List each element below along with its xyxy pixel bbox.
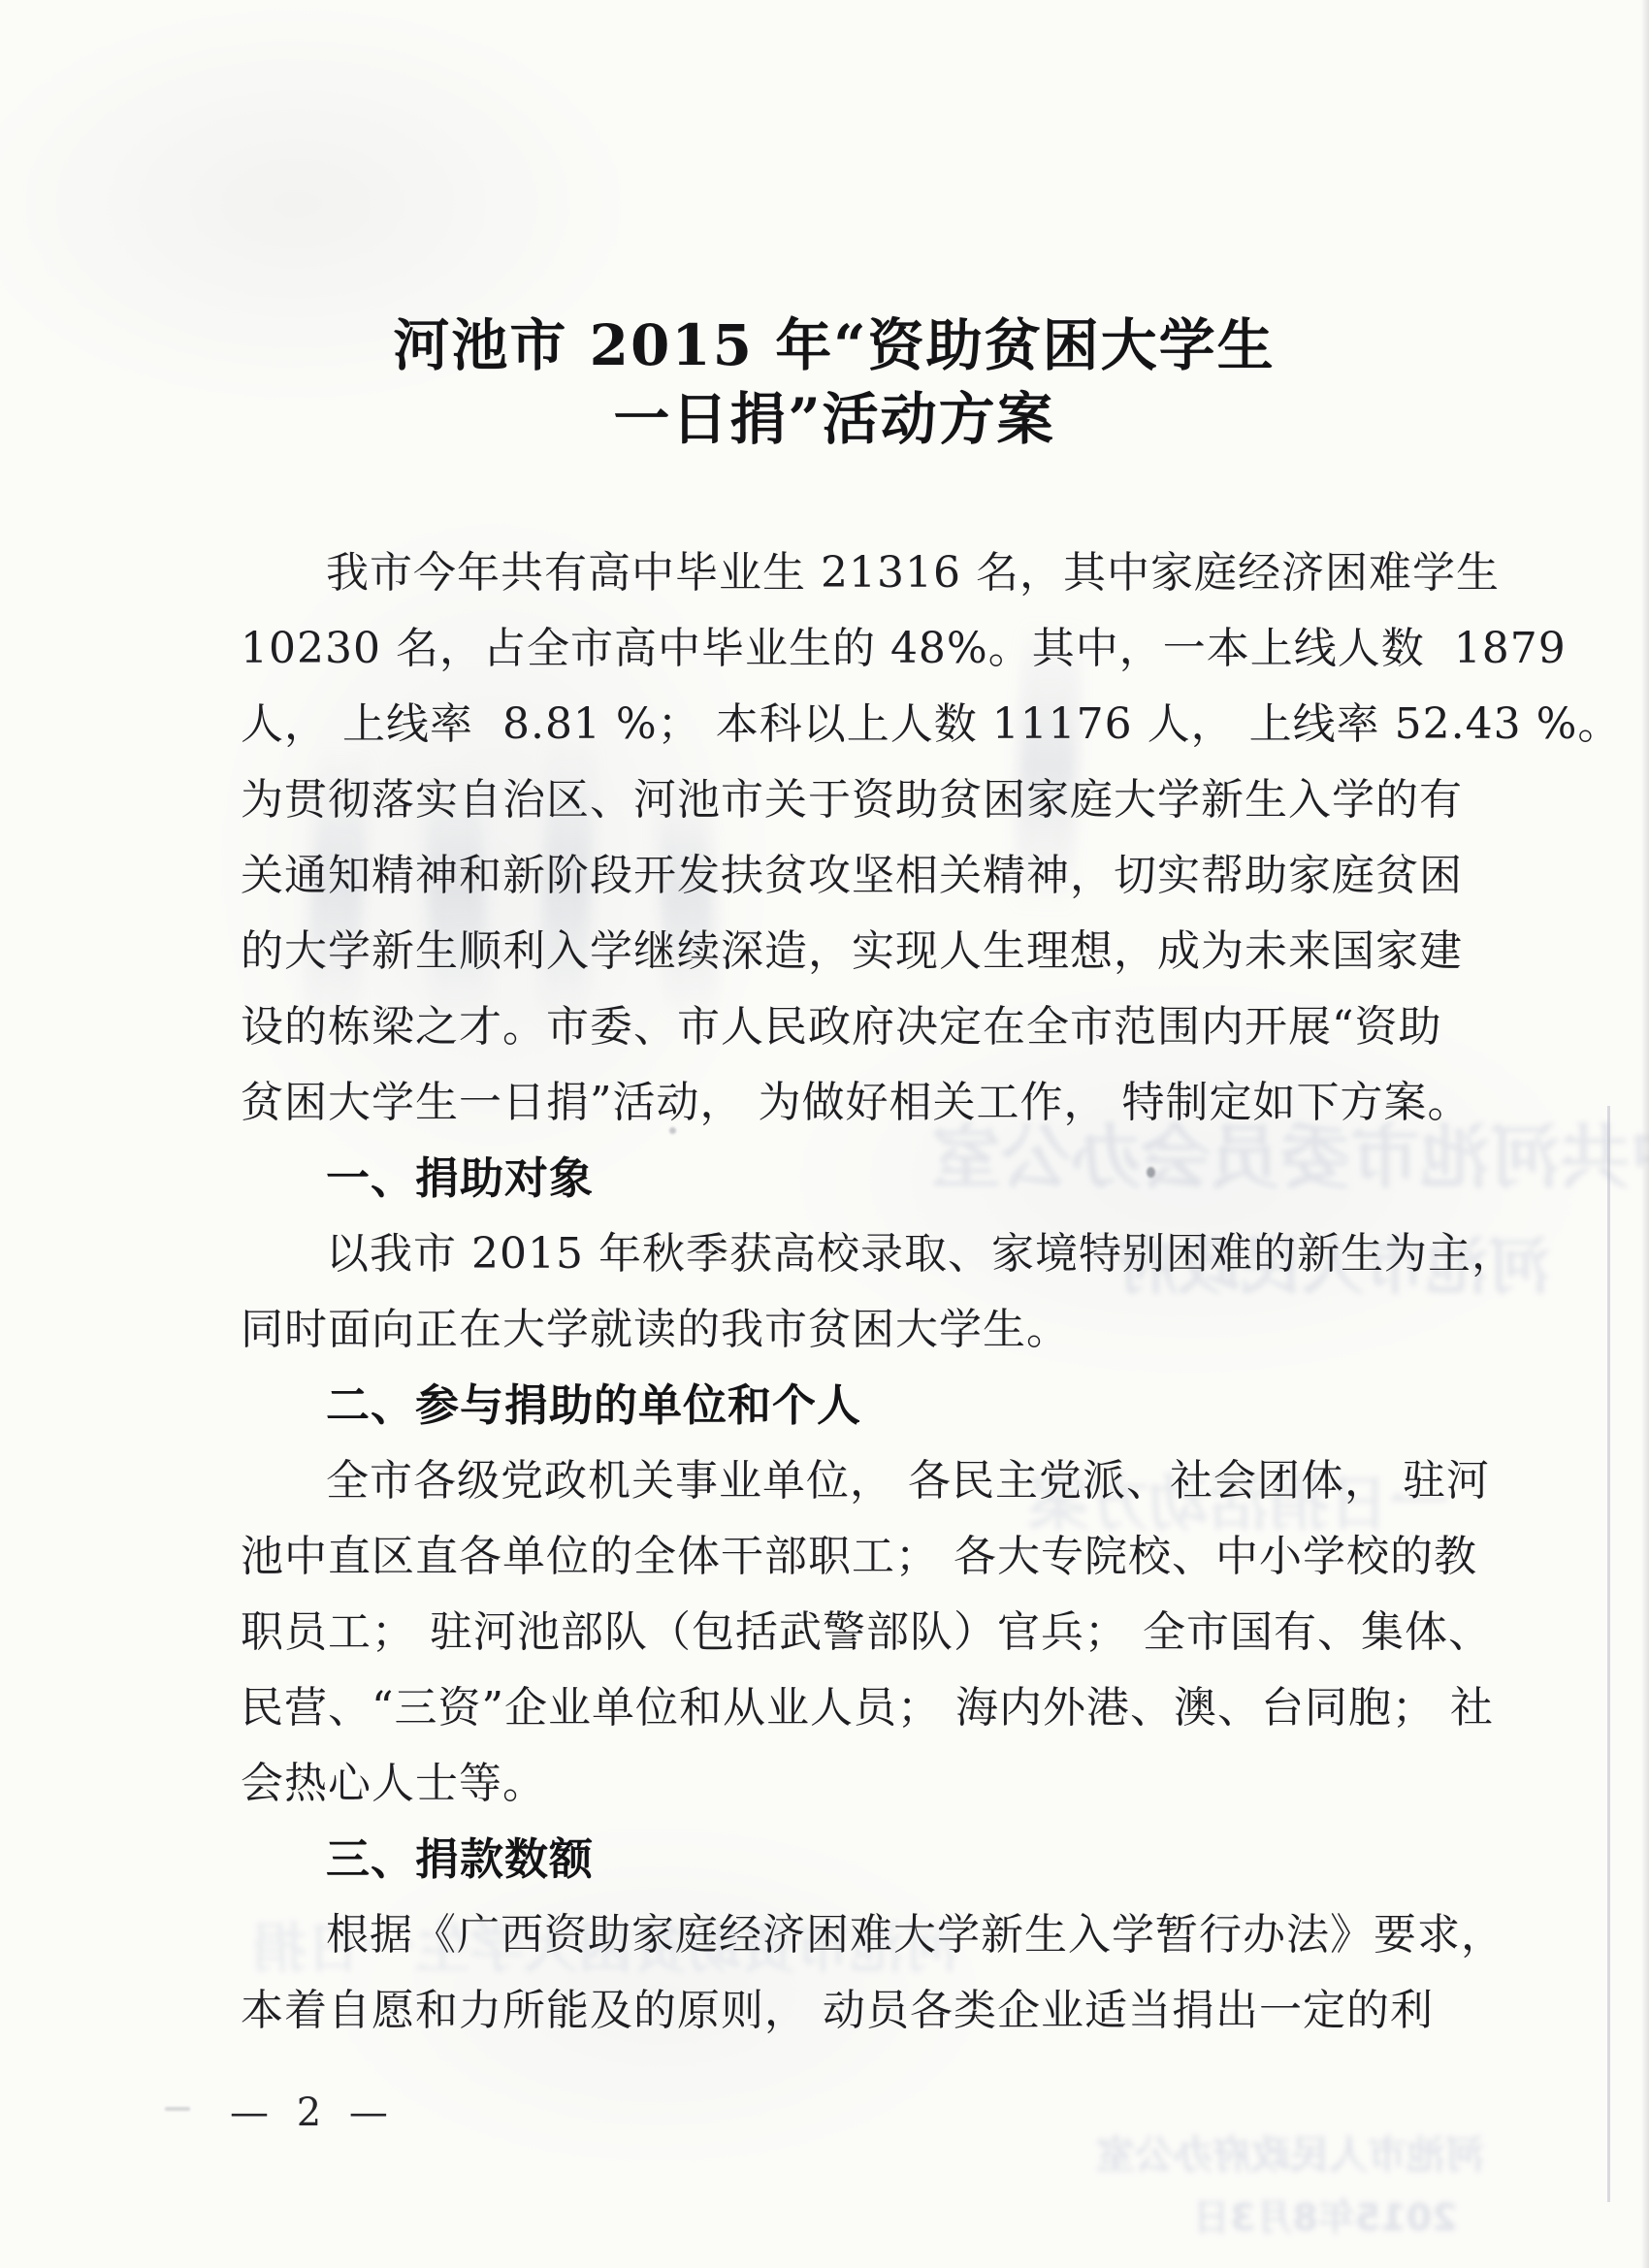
page-number: — 2 — [230,2086,396,2140]
document-title: 河池市 2015 年“资助贫困大学生 一日捐”活动方案 [10,308,1649,456]
body-line: 为贯彻落实自治区、河池市关于资助贫困家庭大学新生入学的有 [241,762,1511,838]
scanned-document-page: 中共河池市委员会办公室 河池市人民政府 一日捐活动方案 河池市资助贫困大学生一日… [0,0,1649,2268]
body-line: 我市今年共有高中毕业生 21316 名，其中家庭经济困难学生 [241,535,1511,611]
body-line: 根据《广西资助家庭经济困难大学新生入学暂行办法》要求， [241,1897,1511,1973]
scan-line-artifact [1607,1106,1610,2202]
bleed-through-text: 2015年8月3日 [1193,2187,1458,2241]
body-line: 设的栋梁之才。市委、市人民政府决定在全市范围内开展“资助 [241,989,1511,1065]
body-line: 的大学新生顺利入学继续深造，实现人生理想，成为未来国家建 [241,914,1511,989]
body-line: 全市各级党政机关事业单位， 各民主党派、社会团体， 驻河 [241,1443,1511,1519]
body-line: 以我市 2015 年秋季获高校录取、家境特别困难的新生为主， [241,1216,1511,1292]
section-heading-3: 三、捐款数额 [241,1822,1511,1897]
section-heading-2: 二、参与捐助的单位和个人 [241,1368,1511,1443]
document-body: 我市今年共有高中毕业生 21316 名，其中家庭经济困难学生 10230 名，占… [241,535,1511,2049]
body-line: 职员工； 驻河池部队（包括武警部队）官兵； 全市国有、集体、 [241,1595,1511,1670]
body-line: 会热心人士等。 [241,1746,1511,1822]
body-line: 10230 名，占全市高中毕业生的 48%。其中，一本上线人数 1879 [241,611,1511,687]
body-line: 关通知精神和新阶段开发扶贫攻坚相关精神，切实帮助家庭贫困 [241,838,1511,914]
body-line: 贫困大学生一日捐”活动， 为做好相关工作， 特制定如下方案。 [241,1065,1511,1141]
body-line: 同时面向正在大学就读的我市贫困大学生。 [241,1292,1511,1368]
section-heading-1: 一、捐助对象 [241,1141,1511,1216]
body-line: 池中直区直各单位的全体干部职工； 各大专院校、中小学校的教 [241,1519,1511,1595]
document-title-line-1: 河池市 2015 年“资助贫困大学生 [10,308,1649,382]
body-line: 民营、“三资”企业单位和从业人员； 海内外港、澳、台同胞； 社 [241,1670,1511,1746]
document-title-line-2: 一日捐”活动方案 [10,382,1649,456]
bleed-through-text: 河池市人民政府办公室 [1096,2124,1484,2180]
ink-speck [165,2107,190,2111]
body-line: 本着自愿和力所能及的原则， 动员各类企业适当捐出一定的利 [241,1973,1511,2049]
body-line: 人， 上线率 8.81 %； 本科以上人数 11176 人， 上线率 52.43… [241,687,1511,762]
